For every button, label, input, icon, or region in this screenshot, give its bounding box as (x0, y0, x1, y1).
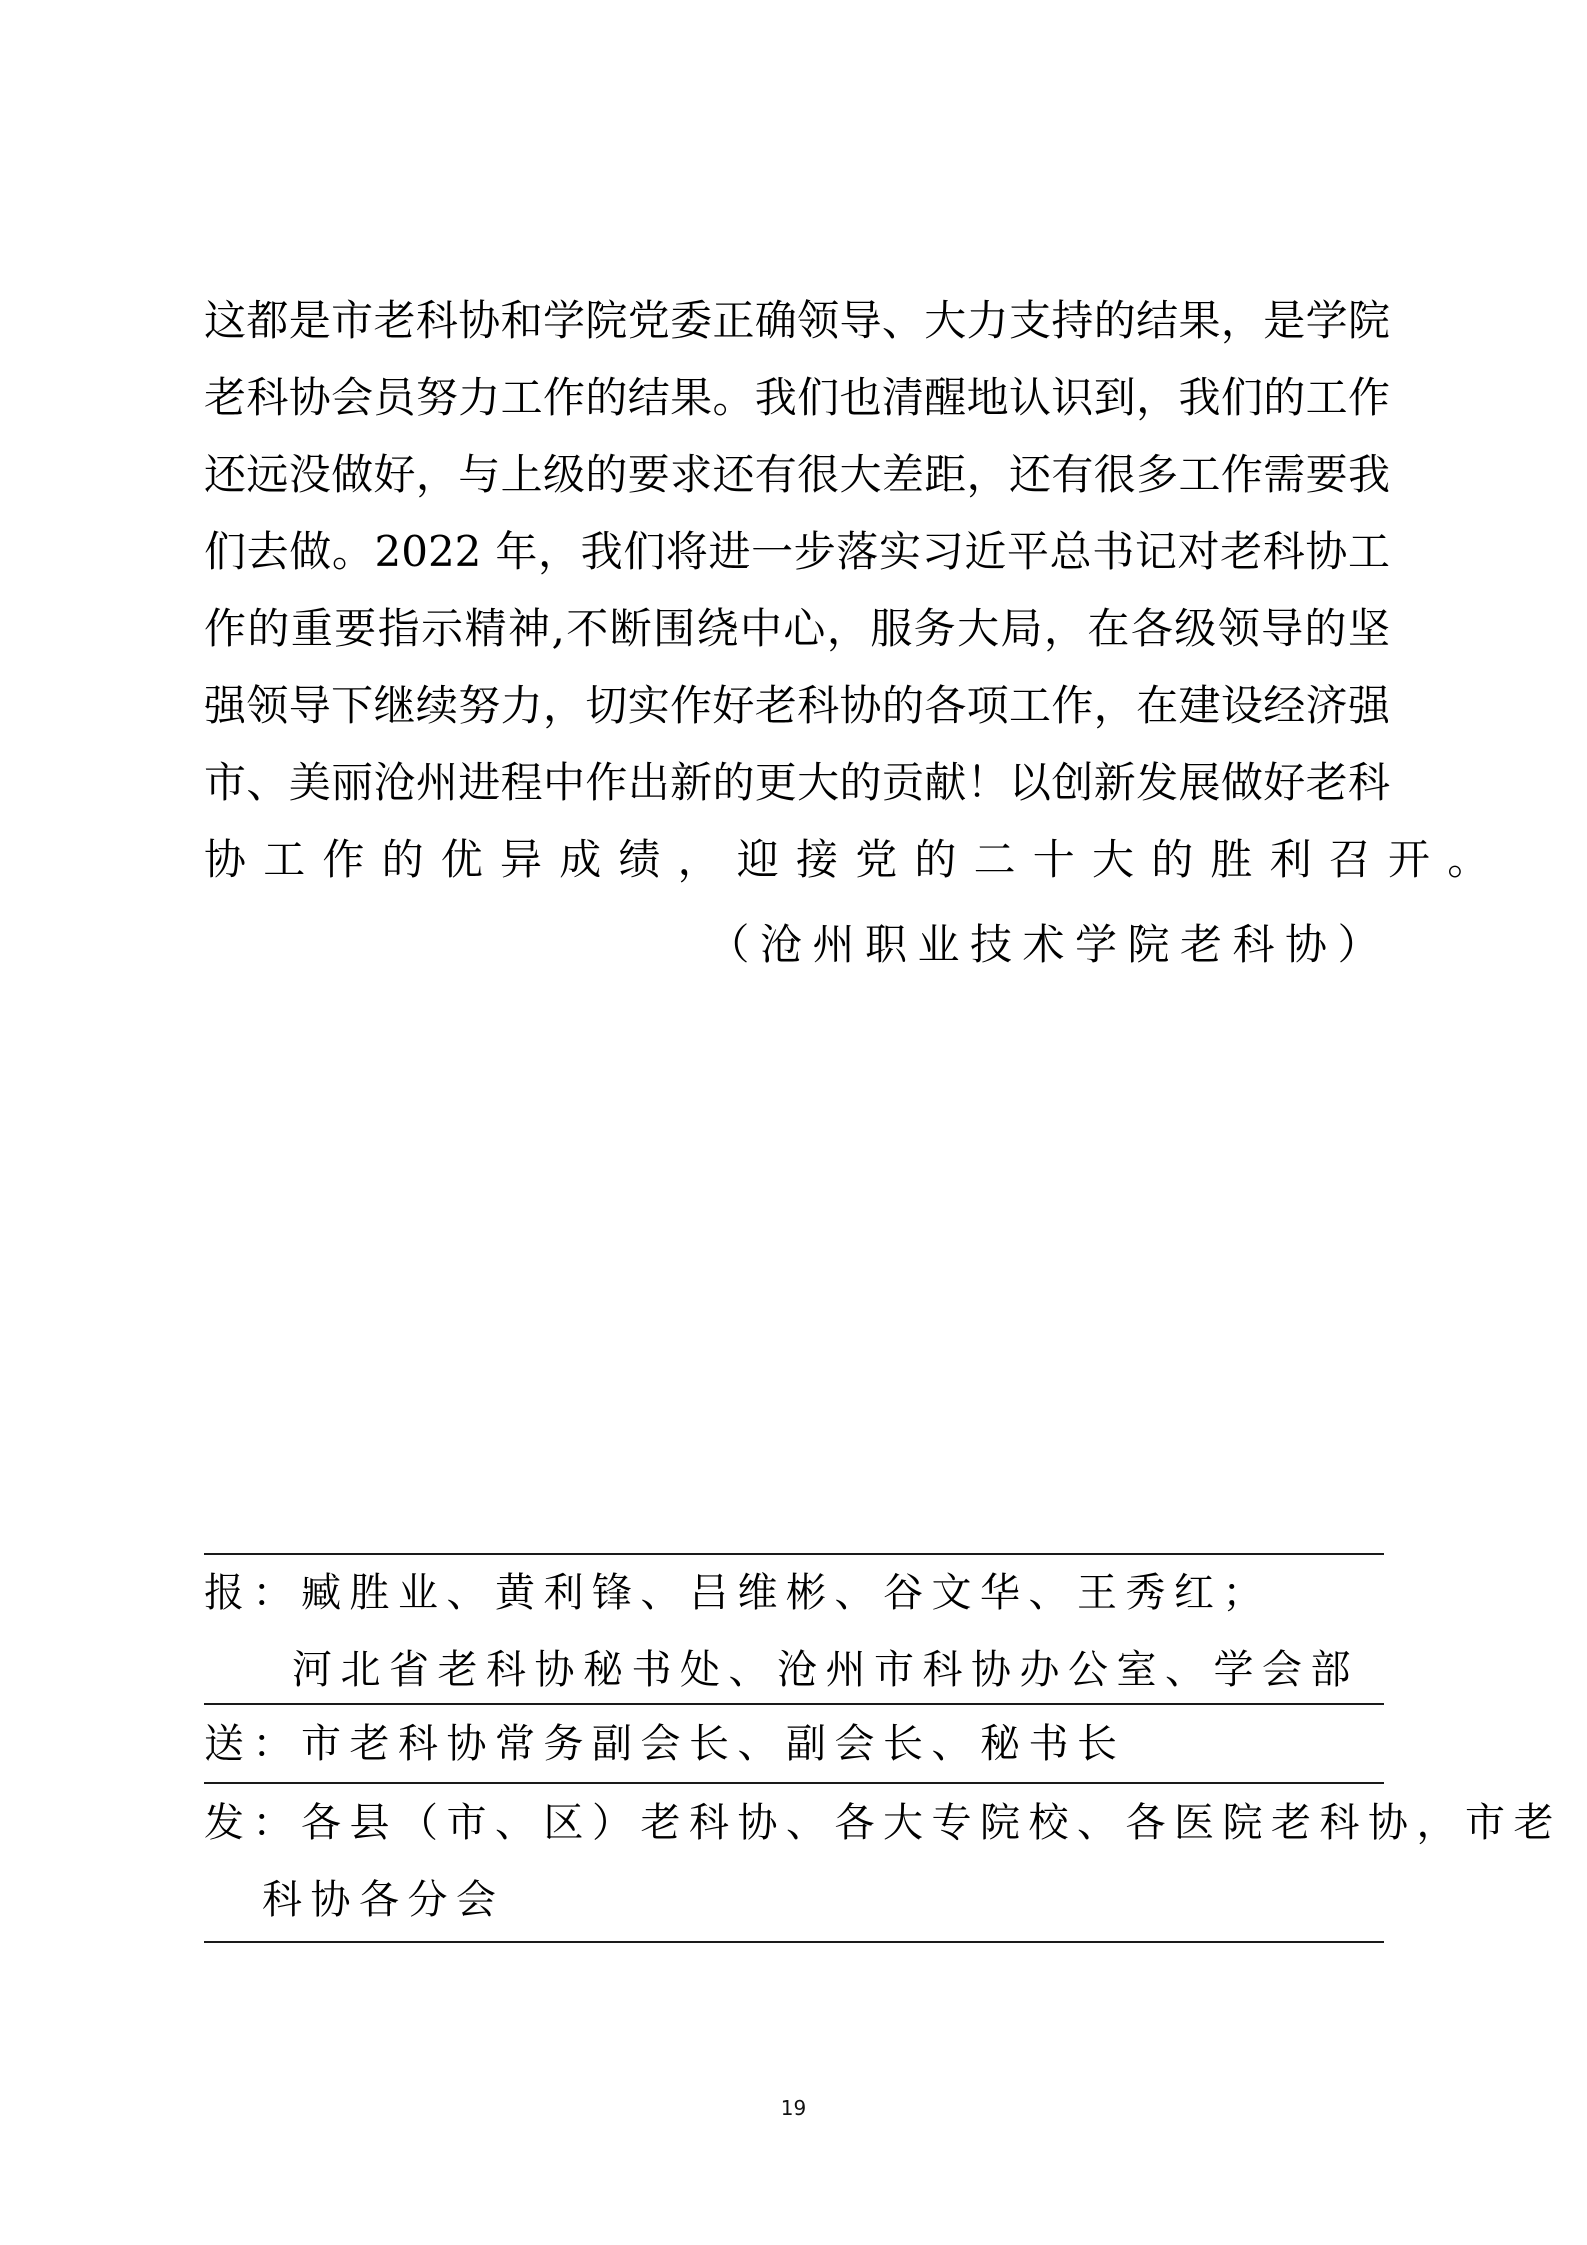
report-label: 报： (204, 1570, 301, 1616)
divider-rule (204, 1941, 1384, 1943)
signature: （沧州职业技术学院老科协） (707, 912, 1390, 978)
body-line: 协工作的优异成绩，迎接党的二十大的胜利召开。 (204, 827, 1390, 904)
body-paragraph: 这都是市老科协和学院党委正确领导、大力支持的结果，是学院 老科协会员努力工作的结… (204, 288, 1390, 904)
page-number: 19 (0, 2096, 1587, 2120)
send-line-1: 送：市老科协常务副会长、副会长、秘书长 (204, 1719, 1390, 1769)
report-recipients: 臧胜业、黄利锋、吕维彬、谷文华、王秀红； (301, 1570, 1271, 1616)
distribution-send: 送：市老科协常务副会长、副会长、秘书长 (204, 1719, 1390, 1769)
divider-rule (204, 1553, 1384, 1555)
body-line: 们去做。2022 年，我们将进一步落实习近平总书记对老科协工 (204, 519, 1390, 596)
send-recipients: 市老科协常务副会长、副会长、秘书长 (301, 1721, 1126, 1767)
body-line: 作的重要指示精神,不断围绕中心，服务大局，在各级领导的坚 (204, 596, 1390, 673)
report-line-2: 河北省老科协秘书处、沧州市科协办公室、学会部 (204, 1645, 1390, 1695)
document-page: 这都是市老科协和学院党委正确领导、大力支持的结果，是学院 老科协会员努力工作的结… (0, 0, 1587, 2245)
body-line: 这都是市老科协和学院党委正确领导、大力支持的结果，是学院 (204, 288, 1390, 365)
body-line: 老科协会员努力工作的结果。我们也清醒地认识到，我们的工作 (204, 365, 1390, 442)
distribution-issue: 发：各县（市、区）老科协、各大专院校、各医院老科协，市老 科协各分会 (204, 1798, 1390, 1925)
issue-recipients: 各县（市、区）老科协、各大专院校、各医院老科协，市老 (301, 1800, 1562, 1846)
divider-rule (204, 1703, 1384, 1705)
body-line: 市、美丽沧州进程中作出新的更大的贡献！以创新发展做好老科 (204, 750, 1390, 827)
issue-line-1: 发：各县（市、区）老科协、各大专院校、各医院老科协，市老 (204, 1798, 1390, 1848)
body-line: 还远没做好，与上级的要求还有很大差距，还有很多工作需要我 (204, 442, 1390, 519)
distribution-report: 报：臧胜业、黄利锋、吕维彬、谷文华、王秀红； 河北省老科协秘书处、沧州市科协办公… (204, 1568, 1390, 1695)
body-line: 强领导下继续努力，切实作好老科协的各项工作，在建设经济强 (204, 673, 1390, 750)
divider-rule (204, 1782, 1384, 1784)
issue-line-2: 科协各分会 (204, 1875, 1390, 1925)
report-line-1: 报：臧胜业、黄利锋、吕维彬、谷文华、王秀红； (204, 1568, 1390, 1618)
send-label: 送： (204, 1721, 301, 1767)
issue-label: 发： (204, 1800, 301, 1846)
